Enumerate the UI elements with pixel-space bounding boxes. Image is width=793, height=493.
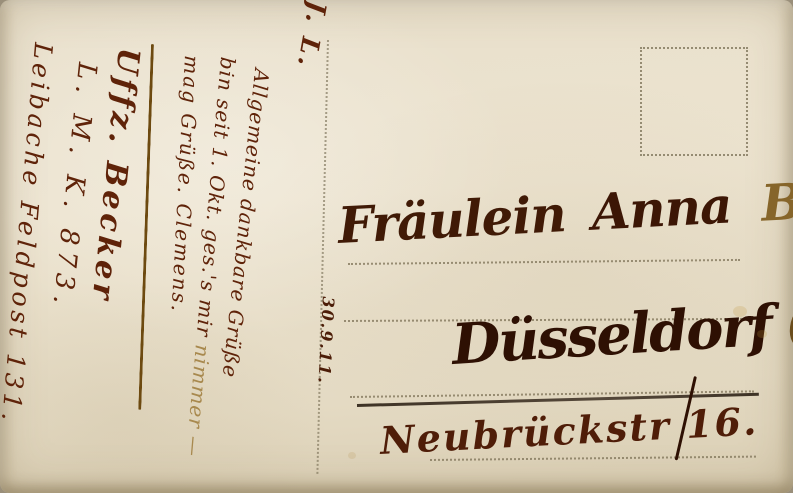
- recipient-first-name: Anna: [590, 175, 733, 241]
- region-name: (Rhld: [783, 282, 793, 358]
- message-date: 30.9.11.: [314, 296, 338, 385]
- paper-stain: [757, 330, 767, 338]
- recipient-title: Fräulein: [336, 184, 567, 255]
- recipient-last-name: Becker: [760, 164, 793, 233]
- address-dotted-line-1: [348, 259, 740, 265]
- sender-line-3: Leibache Feldpost 131.: [0, 41, 58, 426]
- paper-stain: [348, 452, 356, 459]
- city-name: Düsseldorf: [450, 293, 773, 378]
- address-divider-dotted-line: [316, 40, 329, 474]
- paper-stain: [733, 306, 747, 317]
- city-line: Düsseldorf(Rhld: [450, 282, 793, 378]
- recipient-line: FräuleinAnnaBecker: [336, 164, 793, 255]
- message-line-2-tail: nimmer —: [181, 344, 215, 459]
- postcard-photo: Uffz. Becker L. M. K. 873. Leibache Feld…: [0, 0, 793, 493]
- stamp-box: [640, 47, 748, 156]
- street-line: Neubrückstr 16.: [379, 398, 759, 463]
